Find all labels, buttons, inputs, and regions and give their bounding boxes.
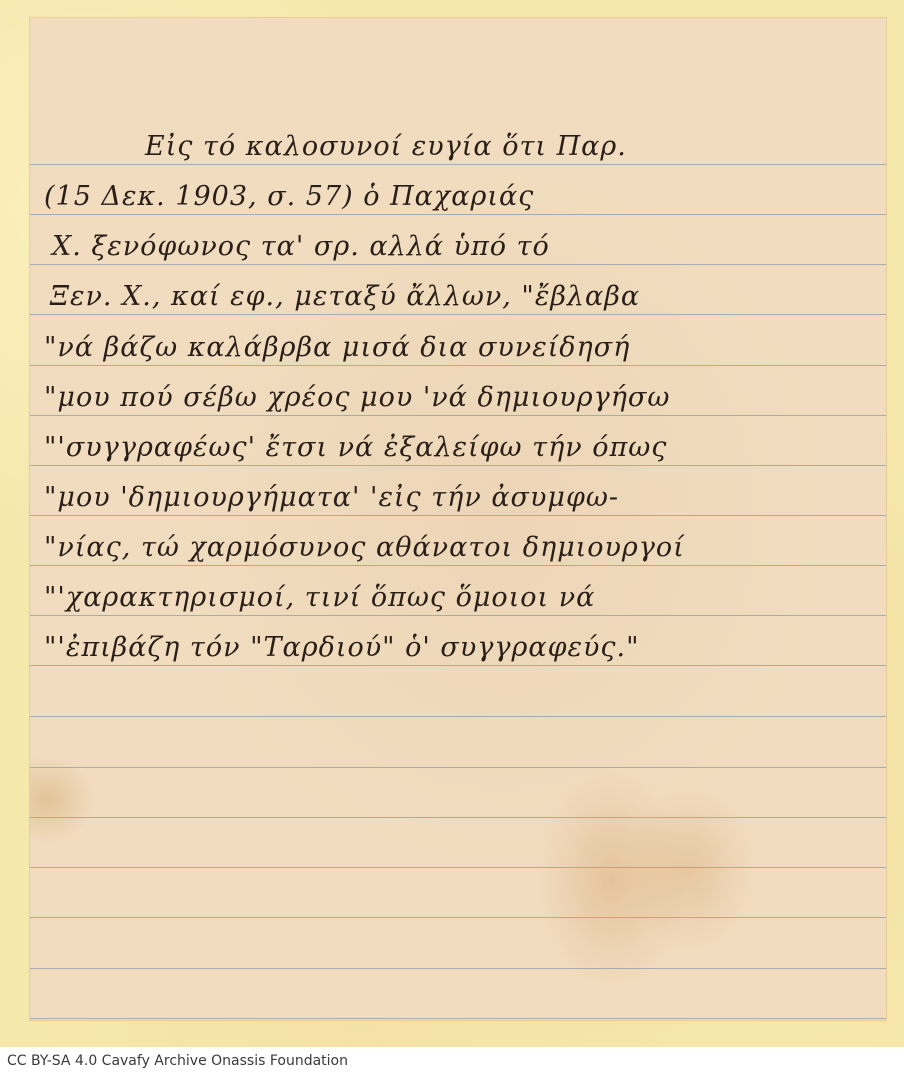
- ruled-line: [30, 365, 886, 366]
- handwritten-line-10: "'χαρακτηρισμοί, τινί ὅπως ὅμοιοι νά: [44, 581, 900, 615]
- ruled-line: [30, 968, 886, 969]
- ruled-line: [30, 917, 886, 918]
- handwritten-line-11: "'ἐπιβάζη τόν "Ταρδιού" ὁ' συγγραφεύς.": [44, 631, 900, 665]
- handwritten-line-1: Εἰς τό καλοσυνοί ευγία ὅτι Παρ.: [145, 130, 904, 164]
- handwritten-line-9: "νίας, τώ χαρμόσυνος αθάνατοι δημιουργοί: [44, 531, 900, 565]
- ruled-line: [30, 817, 886, 818]
- ruled-line: [30, 465, 886, 466]
- ruled-line: [30, 264, 886, 265]
- ruled-line: [30, 214, 886, 215]
- ruled-line: [30, 867, 886, 868]
- handwritten-line-8: "μου 'δημιουργήματα' 'εἰς τήν ἀσυμφω-: [44, 481, 900, 515]
- ruled-line: [30, 515, 886, 516]
- handwritten-line-6: "μου πού σέβω χρέος μου 'νά δημιουργήσω: [44, 381, 900, 415]
- ruled-line: [30, 1018, 886, 1019]
- ruled-line: [30, 314, 886, 315]
- ruled-line: [30, 767, 886, 768]
- ruled-line: [30, 164, 886, 165]
- ruled-line: [30, 615, 886, 616]
- manuscript-page: Εἰς τό καλοσυνοί ευγία ὅτι Παρ. (15 Δεκ.…: [30, 18, 886, 1020]
- handwritten-line-4: Ξεν. Χ., καί εφ., μεταξύ ἄλλων, "ἔβλαβα: [50, 280, 904, 314]
- handwritten-line-7: "'συγγραφέως' ἔτσι νά ἐξαλείφω τήν όπως: [44, 431, 900, 465]
- handwritten-line-3: Χ. ξενόφωνος τα' σρ. αλλά ὑπό τό: [52, 230, 904, 264]
- ruled-line: [30, 665, 886, 666]
- license-credit: CC BY-SA 4.0 Cavafy Archive Onassis Foun…: [7, 1053, 348, 1069]
- ruled-line: [30, 716, 886, 717]
- ruled-line: [30, 415, 886, 416]
- ruled-line: [30, 565, 886, 566]
- handwritten-line-2: (15 Δεκ. 1903, σ. 57) ὁ Παχαριάς: [44, 180, 900, 214]
- handwritten-line-5: "νά βάζω καλάβρβα μισά δια συνείδησή: [44, 331, 900, 365]
